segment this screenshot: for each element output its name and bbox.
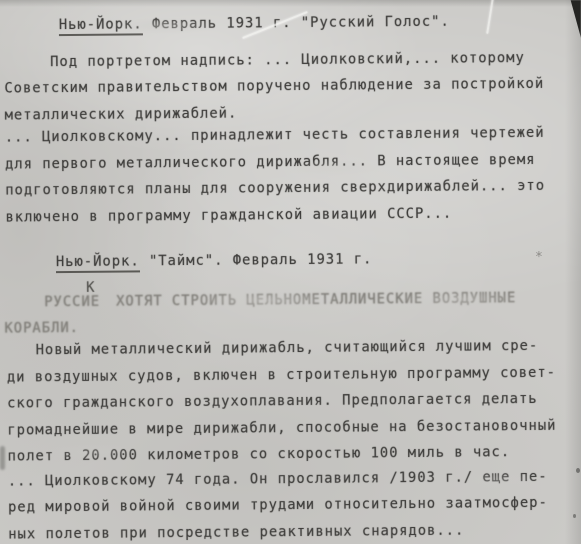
paragraph-portrait-caption: Под портретом надпись: ... Циолковский,.… — [4, 44, 580, 129]
paragraph-new-dirigible: Новый металлический дирижабль, считающий… — [7, 333, 581, 471]
article-title-block: К РУССИЕХОТЯТ СТРОИТЬ ЦЕЛЬНОМЕТАЛЛИЧЕСКИ… — [6, 284, 581, 342]
asterisk-mark: * — [535, 250, 543, 265]
article-title-rest: ХОТЯТ СТРОИТЬ ЦЕЛЬНОМЕТАЛЛИЧЕСКИЕ ВОЗДУШ… — [116, 290, 516, 309]
text-line: ред мировой войной своими трудами относи… — [8, 490, 581, 522]
text-line: включено в программу гражданской авиации… — [5, 199, 580, 231]
typewritten-text-block: Нью-Йорк. Февраль 1931 г. "Русский Голос… — [0, 0, 581, 544]
paragraph-tsiolkovsky-drawings: ... Циолковскому... принадлежит честь со… — [5, 120, 581, 231]
text-line: ных полетов при посредстве реактивных сн… — [8, 516, 581, 544]
text-line: подготовляются планы для сооружения свер… — [5, 173, 580, 205]
text-line: Советским правительством поручено наблюд… — [4, 71, 579, 103]
article-title-line-2: КОРАБЛИ. — [4, 311, 581, 343]
scan-smudge — [0, 446, 5, 470]
scan-speck — [573, 514, 576, 518]
article-title-word: РУССИЕ — [44, 293, 100, 309]
heading-newspaper-1: Нью-Йорк. Февраль 1931 г. "Русский Голос… — [59, 8, 579, 39]
scan-speck — [576, 468, 580, 473]
heading-2-rest: "Таймс". Февраль 1931 г. — [140, 251, 373, 269]
scanned-typewritten-page: Нью-Йорк. Февраль 1931 г. "Русский Голос… — [0, 0, 581, 544]
dateline-city-underlined: Нью-Йорк. — [59, 16, 143, 36]
paragraph-tsiolkovsky-74: ... Циолковскому 74 года. Он прославился… — [8, 463, 581, 544]
heading-newspaper-2: Нью-Йорк. "Таймс". Февраль 1931 г. — [56, 245, 581, 276]
dateline-city-underlined: Нью-Йорк. — [56, 253, 140, 273]
